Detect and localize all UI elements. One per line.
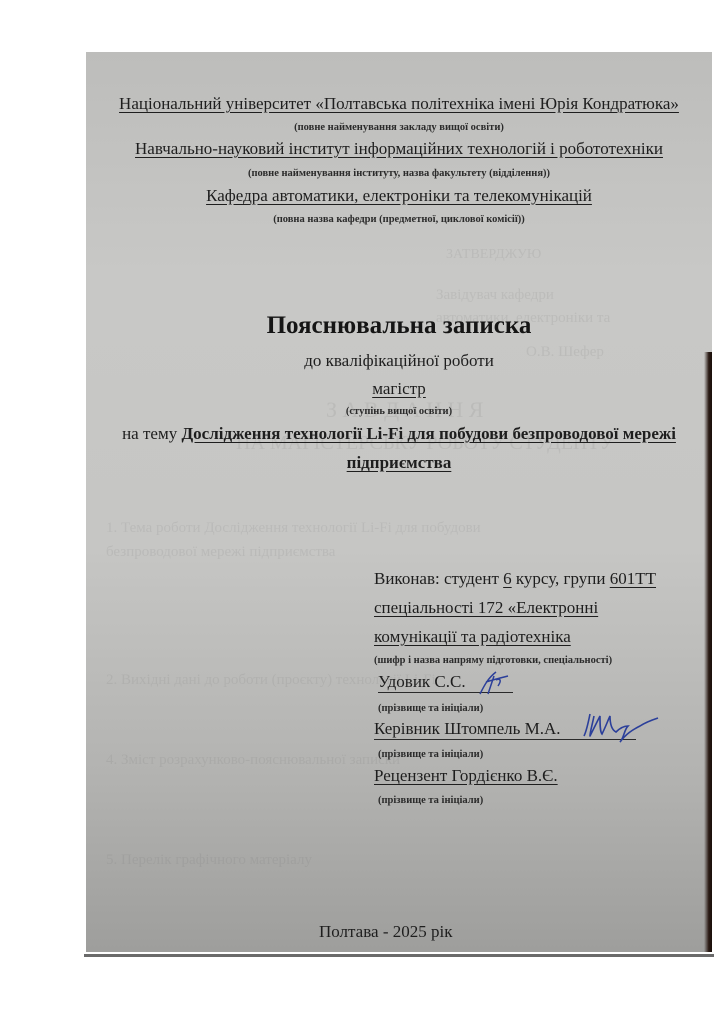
performer-course: 6	[503, 569, 512, 588]
specialty-line-2: комунікації та радіотехніка	[374, 627, 571, 647]
bleed-through-texture: безпроводової мережі підприємства	[106, 544, 335, 561]
reviewer-caption: (прізвище та ініціали)	[378, 795, 483, 806]
student-name-caption: (прізвище та ініціали)	[378, 703, 483, 714]
topic-prefix: на тему	[122, 424, 177, 443]
page-edge-shadow	[84, 954, 714, 957]
scanned-page: ЗАТВЕРДЖУЮ Завідувач кафедри автоматики,…	[86, 52, 712, 952]
degree-caption: (ступінь вищої освіти)	[86, 406, 712, 417]
department-name: Кафедра автоматики, електроніки та телек…	[86, 186, 712, 206]
topic-line-1: на тему Дослідження технології Li-Fi для…	[86, 424, 712, 444]
bleed-through-texture: Завідувач кафедри	[436, 287, 554, 304]
institute-caption: (повне найменування інституту, назва фак…	[86, 168, 712, 179]
document-subtitle: до кваліфікаційної роботи	[86, 351, 712, 371]
degree: магістр	[86, 379, 712, 399]
university-caption: (повне найменування закладу вищої освіти…	[86, 122, 712, 133]
bleed-through-texture: 5. Перелік графічного матеріалу	[106, 852, 312, 869]
topic-line-2: підприємства	[86, 453, 712, 473]
specialty-line-1: спеціальності 172 «Електронні	[374, 598, 598, 618]
performer-line: Виконав: студент 6 курсу, групи 601ТТ	[374, 569, 656, 589]
performer-prefix: Виконав: студент	[374, 569, 499, 588]
university-name: Національний університет «Полтавська пол…	[86, 94, 712, 114]
performer-group: 601ТТ	[610, 569, 656, 588]
city-year: Полтава - 2025 рік	[319, 922, 452, 942]
topic-title: Дослідження технології Li-Fi для побудов…	[181, 424, 675, 443]
institute-name: Навчально-науковий інститут інформаційни…	[86, 139, 712, 159]
student-name: Удовик С.С.	[378, 672, 466, 691]
supervisor-caption: (прізвище та ініціали)	[378, 749, 483, 760]
department-caption: (повна назва кафедри (предметної, циклов…	[86, 214, 712, 225]
student-name-line: Удовик С.С.	[378, 672, 513, 693]
bleed-through-texture: 1. Тема роботи Дослідження технології Li…	[106, 520, 481, 537]
bleed-through-texture: 4. Зміст розрахунково-пояснювальної запи…	[106, 752, 400, 769]
supervisor-name: Керівник Штомпель М.А.	[374, 719, 561, 738]
document-title: Пояснювальна записка	[86, 312, 712, 340]
specialty-caption: (шифр і назва напряму підготовки, спеціа…	[374, 655, 612, 666]
reviewer-name: Рецензент Гордієнко В.Є.	[374, 766, 558, 786]
performer-course-suffix: курсу, групи	[516, 569, 606, 588]
bleed-through-texture: ЗАТВЕРДЖУЮ	[446, 247, 541, 263]
supervisor-line: Керівник Штомпель М.А.	[374, 719, 636, 740]
